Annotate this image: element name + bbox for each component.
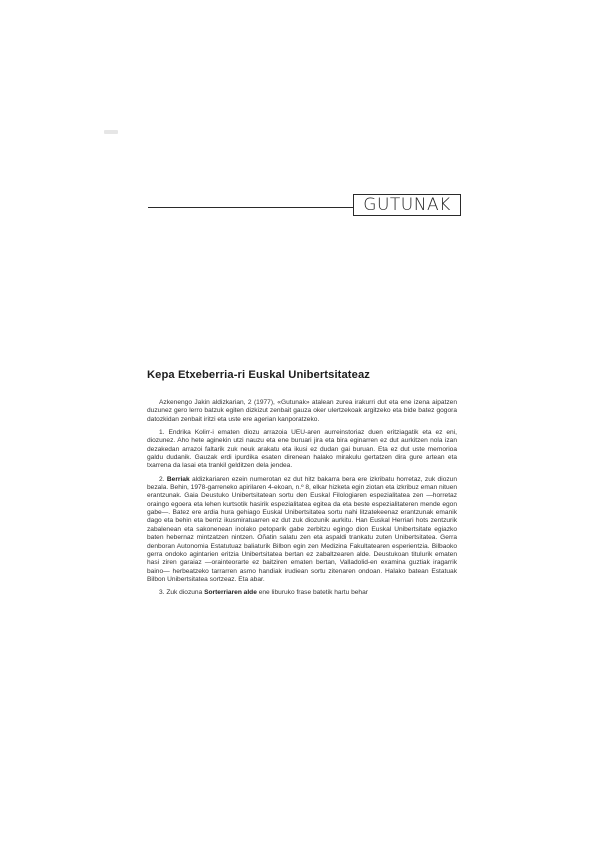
paragraph-1: 1. Endrika Kolirr-i ematen diozu arrazoi… <box>147 429 457 471</box>
paragraph-intro: Azkenengo Jakin aldizkarian, 2 (1977), «… <box>147 399 457 424</box>
publication-name-berriak: Berriak <box>167 476 190 483</box>
scan-artifact <box>104 130 118 134</box>
paragraph-text: 2. <box>159 476 167 483</box>
paragraph-text: 1. Endrika Kolirr-i ematen diozu arrazoi… <box>147 429 457 469</box>
article-title: Kepa Etxeberria-ri Euskal Unibertsitatea… <box>147 369 370 381</box>
paragraph-text: Azkenengo Jakin aldizkarian, 2 (1977), «… <box>147 399 457 423</box>
article-body: Azkenengo Jakin aldizkarian, 2 (1977), «… <box>147 399 457 603</box>
book-title-sorterriaren-alde: Sorterriaren alde <box>204 589 257 596</box>
section-label: GUTUNAK <box>353 194 461 216</box>
header-rule <box>148 207 354 208</box>
section-header: GUTUNAK <box>148 194 468 216</box>
document-page: GUTUNAK Kepa Etxeberria-ri Euskal Uniber… <box>0 0 595 842</box>
paragraph-text: aldizkariaren ezein numerotan ez dut hit… <box>147 476 457 583</box>
paragraph-text: ene liburuko frase batetik hartu behar <box>257 589 368 596</box>
paragraph-3: 3. Zuk diozuna Sorterriaren alde ene lib… <box>147 589 457 597</box>
paragraph-text: 3. Zuk diozuna <box>159 589 204 596</box>
paragraph-2: 2. Berriak aldizkariaren ezein numerotan… <box>147 476 457 584</box>
